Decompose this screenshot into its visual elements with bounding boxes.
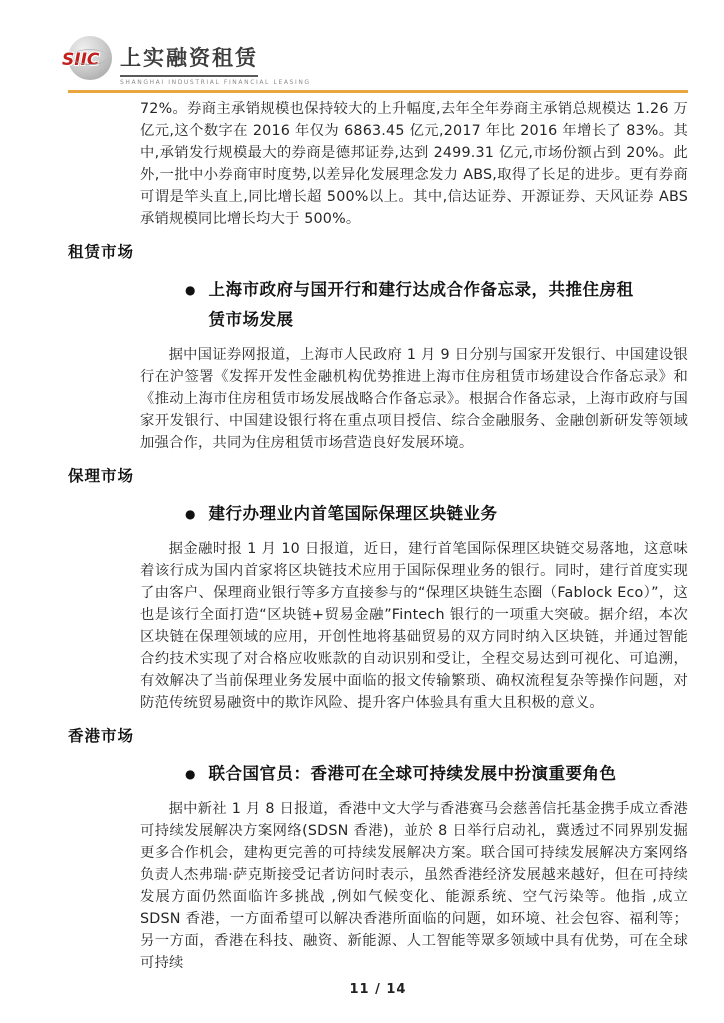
page-footer: 11 / 14: [68, 978, 688, 997]
report-content: 72%。券商主承销规模也保持较大的上升幅度,去年全年券商主承销总规模达 1.26…: [68, 98, 688, 974]
news-headline: ● 联合国官员：香港可在全球可持续发展中扮演重要角色: [185, 759, 655, 789]
section-title: 租赁市场: [68, 243, 688, 262]
news-body: 据中国证券网报道，上海市人民政府 1 月 9 日分别与国家开发银行、中国建设银行…: [140, 344, 688, 454]
news-headline: ● 建行办理业内首笔国际保理区块链业务: [185, 499, 655, 529]
news-headline-text: 建行办理业内首笔国际保理区块链业务: [208, 499, 497, 529]
report-page: SIIC 上实融资租赁 SHANGHAI INDUSTRIAL FINANCIA…: [0, 0, 724, 1023]
header-divider: [68, 90, 688, 93]
bullet-icon: ●: [185, 275, 195, 305]
siic-globe-icon: SIIC: [68, 36, 112, 80]
section-title: 保理市场: [68, 467, 688, 486]
company-name-en: SHANGHAI INDUSTRIAL FINANCIAL LEASING: [120, 79, 311, 86]
bullet-icon: ●: [185, 759, 195, 789]
logo-text: 上实融资租赁 SHANGHAI INDUSTRIAL FINANCIAL LEA…: [120, 36, 311, 86]
news-headline: ● 上海市政府与国开行和建行达成合作备忘录，共推住房租赁市场发展: [185, 275, 655, 335]
company-name-cn: 上实融资租赁: [120, 42, 258, 77]
section-leasing-market: 租赁市场 ● 上海市政府与国开行和建行达成合作备忘录，共推住房租赁市场发展 据中…: [68, 243, 688, 454]
section-factoring-market: 保理市场 ● 建行办理业内首笔国际保理区块链业务 据金融时报 1 月 10 日报…: [68, 467, 688, 714]
section-hongkong-market: 香港市场 ● 联合国官员：香港可在全球可持续发展中扮演重要角色 据中新社 1 月…: [68, 727, 688, 974]
section-title: 香港市场: [68, 727, 688, 746]
news-body: 据中新社 1 月 8 日报道，香港中文大学与香港赛马会慈善信托基金携手成立香港可…: [140, 798, 688, 974]
intro-paragraph: 72%。券商主承销规模也保持较大的上升幅度,去年全年券商主承销总规模达 1.26…: [140, 98, 688, 230]
news-headline-text: 上海市政府与国开行和建行达成合作备忘录，共推住房租赁市场发展: [208, 275, 640, 335]
news-body: 据金融时报 1 月 10 日报道，近日，建行首笔国际保理区块链交易落地，这意味着…: [140, 538, 688, 714]
bullet-icon: ●: [185, 499, 195, 529]
company-logo: SIIC 上实融资租赁 SHANGHAI INDUSTRIAL FINANCIA…: [68, 36, 688, 86]
news-headline-text: 联合国官员：香港可在全球可持续发展中扮演重要角色: [208, 759, 616, 789]
page-number: 11 / 14: [350, 982, 407, 997]
siic-wordmark: SIIC: [62, 50, 99, 70]
